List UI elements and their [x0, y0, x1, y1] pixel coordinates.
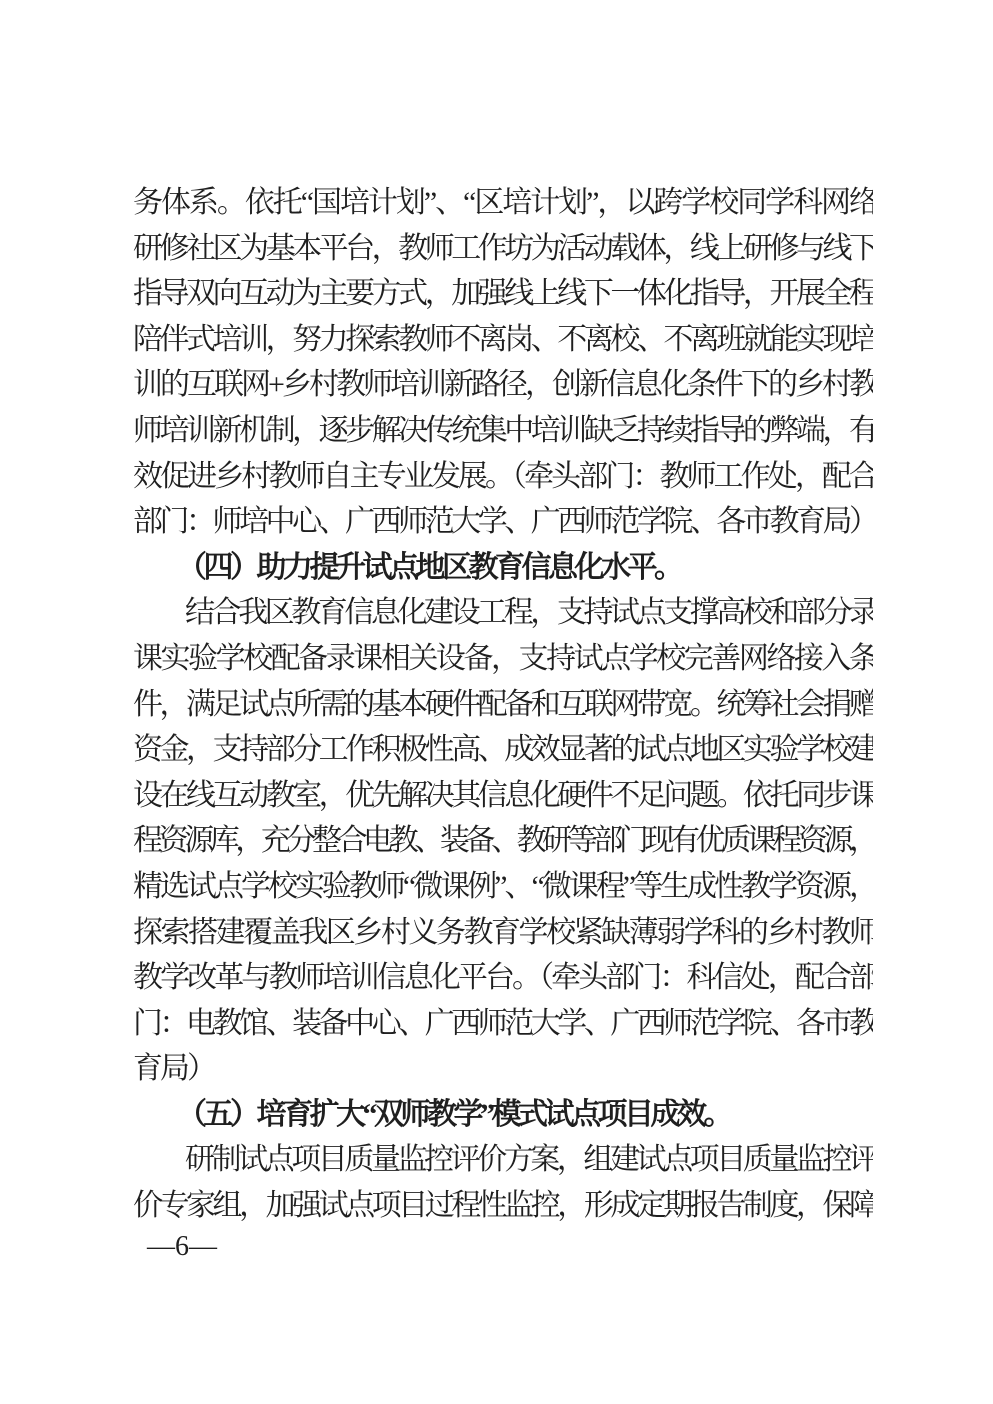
text-line: 训的互联网+乡村教师培训新路径，创新信息化条件下的乡村教 [133, 362, 873, 408]
text-line: 件，满足试点所需的基本硬件配备和互联网带宽。统筹社会捐赠 [133, 682, 873, 728]
text-line: 指导双向互动为主要方式，加强线上线下一体化指导，开展全程 [133, 271, 873, 317]
paragraph-last-line: 育局） [133, 1046, 873, 1092]
text-line: 门：电教馆、装备中心、广西师范大学、广西师范学院、各市教 [133, 1001, 873, 1047]
section-heading-five: （五）培育扩大“双师教学”模式试点项目成效。 [133, 1092, 873, 1138]
paragraph-first-line: 结合我区教育信息化建设工程，支持试点支撑高校和部分录 [133, 590, 873, 636]
text-line: 精选试点学校实验教师“微课例”、“微课程”等生成性教学资源， [133, 864, 873, 910]
text-line: 务体系。依托“国培计划”、“区培计划”，以跨学校同学科网络 [133, 180, 873, 226]
text-line: 设在线互动教室，优先解决其信息化硬件不足问题。依托同步课 [133, 773, 873, 819]
text-line: 价专家组，加强试点项目过程性监控，形成定期报告制度，保障 [133, 1183, 873, 1229]
text-line: 教学改革与教师培训信息化平台。（牵头部门：科信处，配合部 [133, 955, 873, 1001]
text-line: 效促进乡村教师自主专业发展。（牵头部门：教师工作处，配合 [133, 454, 873, 500]
text-line: 研修社区为基本平台，教师工作坊为活动载体，线上研修与线下 [133, 226, 873, 272]
paragraph-first-line: 研制试点项目质量监控评价方案，组建试点项目质量监控评 [133, 1137, 873, 1183]
text-line: 探索搭建覆盖我区乡村义务教育学校紧缺薄弱学科的乡村教师 [133, 910, 873, 956]
text-line: 师培训新机制，逐步解决传统集中培训缺乏持续指导的弊端，有 [133, 408, 873, 454]
page-number: —6— [147, 1231, 217, 1263]
section-heading-four: （四）助力提升试点地区教育信息化水平。 [133, 545, 873, 591]
text-line: 部门：师培中心、广西师范大学、广西师范学院、各市教育局） [133, 499, 873, 545]
document-body-text: 务体系。依托“国培计划”、“区培计划”，以跨学校同学科网络 研修社区为基本平台，… [133, 180, 873, 1229]
text-line: 陪伴式培训，努力探索教师不离岗、不离校、不离班就能实现培 [133, 317, 873, 363]
text-line: 资金，支持部分工作积极性高、成效显著的试点地区实验学校建 [133, 727, 873, 773]
text-line: 程资源库，充分整合电教、装备、教研等部门现有优质课程资源， [133, 818, 873, 864]
document-page: 务体系。依托“国培计划”、“区培计划”，以跨学校同学科网络 研修社区为基本平台，… [0, 0, 993, 1404]
text-line: 课实验学校配备录课相关设备，支持试点学校完善网络接入条 [133, 636, 873, 682]
